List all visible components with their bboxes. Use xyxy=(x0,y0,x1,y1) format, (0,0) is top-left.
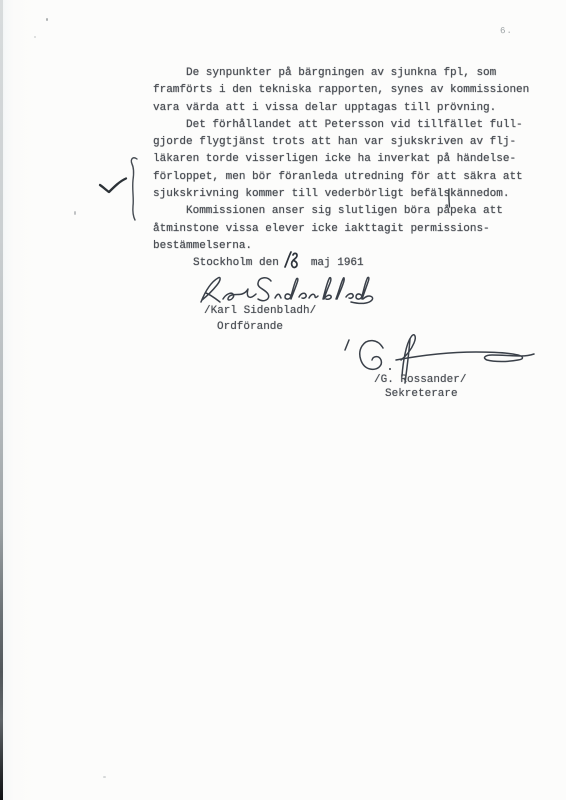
signature-sidenbladh-typed: /Karl Sidenbladh/ xyxy=(204,305,316,317)
text-line: förloppet, men bör föranleda utredning f… xyxy=(153,169,533,186)
ink-speck xyxy=(46,18,48,21)
ink-speck xyxy=(34,36,36,38)
date-suffix: maj 1961 xyxy=(311,257,364,269)
text-line: läkaren torde visserligen icke ha inverk… xyxy=(153,151,533,168)
text-line: framförts i den tekniska rapporten, syne… xyxy=(153,82,533,99)
text-line: åtminstone vissa elever icke iakttagit p… xyxy=(153,221,533,238)
pen-stroke-mark xyxy=(446,188,452,208)
signature-sidenbladh-autograph xyxy=(193,272,375,307)
date-line: Stockholm den maj 1961 xyxy=(153,255,533,272)
signature-rossander-role: Sekreterare xyxy=(385,388,458,400)
scan-edge-left xyxy=(0,0,3,800)
text-line: De synpunkter på bärgningen av sjunkna f… xyxy=(153,65,533,82)
text-line: gjorde flygtjänst trots att han var sjuk… xyxy=(153,134,533,151)
handwritten-day xyxy=(283,251,298,269)
stray-pen-tick xyxy=(345,340,349,350)
text-line: Kommissionen anser sig slutligen böra på… xyxy=(153,203,533,220)
document-text: De synpunkter på bärgningen av sjunkna f… xyxy=(153,65,533,273)
signature-rossander-typed: /G. Rossander/ xyxy=(374,374,466,386)
margin-squiggle-line xyxy=(128,156,140,222)
ink-speck xyxy=(103,776,106,778)
margin-checkmark xyxy=(98,177,128,194)
text-line: Det förhållandet att Petersson vid tillf… xyxy=(153,117,533,134)
page-number: 6. xyxy=(500,26,513,36)
text-line: sjukskrivning kommer till vederbörligt b… xyxy=(153,186,533,203)
text-line: bestämmelserna. xyxy=(153,238,533,255)
signature-sidenbladh-role: Ordförande xyxy=(217,321,283,333)
text-line: vara värda att i vissa delar upptagas ti… xyxy=(153,100,533,117)
date-prefix: Stockholm den xyxy=(193,257,279,269)
ink-speck xyxy=(74,211,76,215)
